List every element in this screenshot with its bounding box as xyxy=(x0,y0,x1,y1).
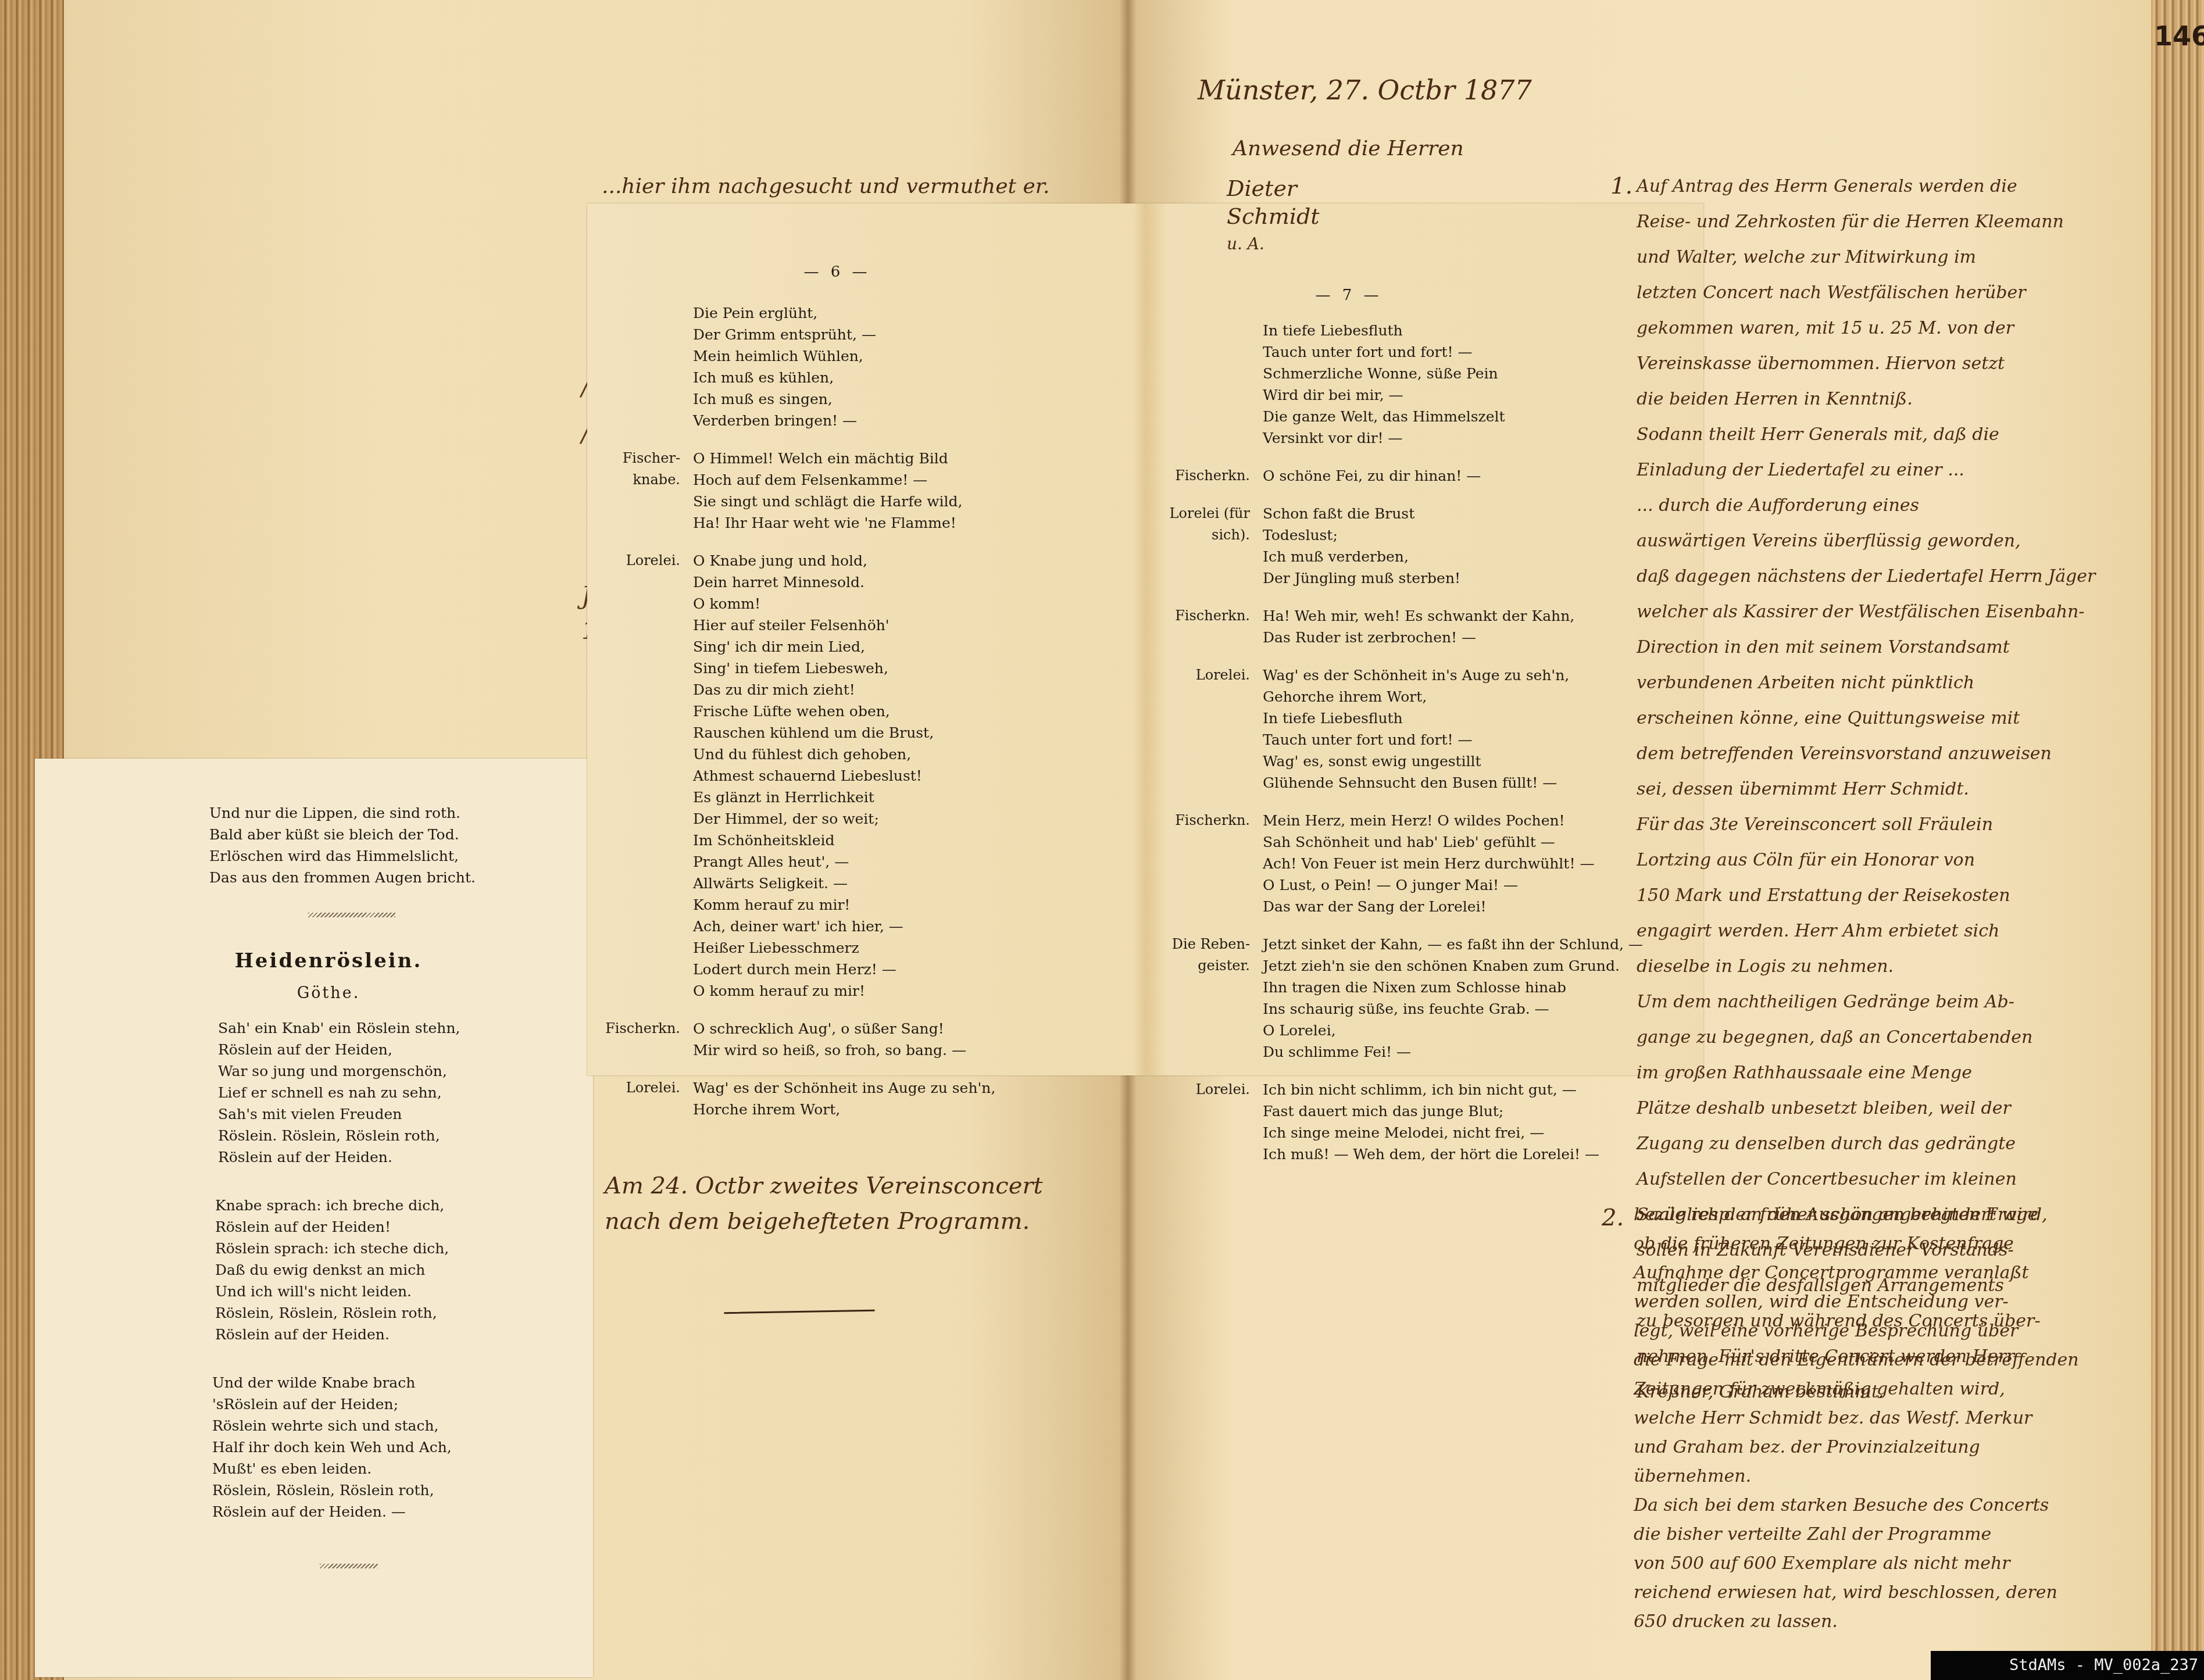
dialogue-block: Fischerkn. O schöne Fei, zu dir hinan! — xyxy=(1163,465,1643,487)
poem-line: Sah' ein Knab' ein Röslein stehn, xyxy=(218,1017,460,1039)
handwritten-line: die Frage mit den Eigenthümern der betre… xyxy=(1634,1346,2145,1375)
minutes-item-number-1: 1. xyxy=(1610,169,1633,204)
speaker-label xyxy=(605,302,693,431)
handwritten-line: 150 Mark und Erstattung der Reisekosten xyxy=(1637,878,2148,913)
dialogue-block: Lorelei (für sich). Schon faßt die Brust… xyxy=(1163,503,1643,589)
poem-line: Und ich will's nicht leiden. xyxy=(215,1281,449,1302)
verse-line: Ich muß es singen, xyxy=(693,388,876,410)
poem-line: Half ihr doch kein Weh und Ach, xyxy=(212,1436,452,1458)
verse-line: Ihn tragen die Nixen zum Schlosse hinab xyxy=(1263,977,1643,998)
verse-line: Das Ruder ist zerbrochen! — xyxy=(1263,627,1574,648)
poem-title: Heidenröslein. xyxy=(209,950,448,972)
poem-line: Röslein auf der Heiden. xyxy=(218,1146,460,1168)
verse-line: Sie singt und schlägt die Harfe wild, xyxy=(693,491,963,512)
verse-line: Fast dauert mich das junge Blut; xyxy=(1263,1100,1599,1122)
verse-line: In tiefe Liebesfluth xyxy=(1263,707,1569,729)
verse-line: Todeslust; xyxy=(1263,524,1460,546)
verse-line: O schrecklich Aug', o süßer Sang! xyxy=(693,1018,966,1039)
verse-line: Das zu dir mich zieht! xyxy=(693,679,934,700)
handwritten-line: engagirt werden. Herr Ahm erbietet sich xyxy=(1637,913,2148,949)
verse-line: Wag' es, sonst ewig ungestillt xyxy=(1263,750,1569,772)
verse-line: Sah Schönheit und hab' Lieb' gefühlt — xyxy=(1263,831,1594,853)
handwritten-line: verbundenen Arbeiten nicht pünktlich xyxy=(1637,665,2148,700)
poem-line: Das aus den frommen Augen bricht. xyxy=(209,867,476,888)
verse-line: Der Jüngling muß sterben! xyxy=(1263,567,1460,589)
poem-line: Bald aber küßt sie bleich der Tod. xyxy=(209,824,476,845)
poem-line: Röslein auf der Heiden. — xyxy=(212,1501,452,1522)
minutes-item-number-2: 2. xyxy=(1602,1200,1624,1236)
dialogue-block: Lorelei. Wag' es der Schönheit in's Auge… xyxy=(1163,664,1643,793)
attendee-name: u. A. xyxy=(1227,230,1320,258)
handwritten-line: auswärtigen Vereins überflüssig geworden… xyxy=(1637,523,2148,559)
verse-line: Ach, deiner wart' ich hier, — xyxy=(693,916,934,937)
verse-line: Ha! Weh mir, weh! Es schwankt der Kahn, xyxy=(1263,605,1574,627)
verse-line: Es glänzt in Herrlichkeit xyxy=(693,787,934,808)
poem-line: Röslein auf der Heiden! xyxy=(215,1216,449,1238)
handwritten-line: gekommen waren, mit 15 u. 25 M. von der xyxy=(1637,310,2148,346)
verse-line: Allwärts Seligkeit. — xyxy=(693,873,934,894)
poem-line: Mußt' es eben leiden. xyxy=(212,1458,452,1479)
wavy-divider xyxy=(308,913,395,917)
verse-line: Glühende Sehnsucht den Busen füllt! — xyxy=(1263,772,1569,793)
poem-line: 'sRöslein auf der Heiden; xyxy=(212,1393,452,1415)
speaker-label: Lorelei (für sich). xyxy=(1163,503,1263,589)
concert-program-clipping: — 6 — Die Pein erglüht, Der Grimm entspr… xyxy=(587,203,1703,1075)
handwritten-line: die bisher verteilte Zahl der Programme xyxy=(1634,1520,2145,1549)
speaker-label: Lorelei. xyxy=(1163,1079,1263,1165)
program-page-number-7: — 7 — xyxy=(1262,285,1436,306)
verse-line: Tauch unter fort und fort! — xyxy=(1263,341,1505,363)
attendees-list: Dieter Schmidt u. A. xyxy=(1227,174,1320,258)
attendance-label: Anwesend die Herren xyxy=(1233,131,1464,166)
verse-line: Hoch auf dem Felsenkamme! — xyxy=(693,469,963,491)
speaker-label: Fischerkn. xyxy=(1163,810,1263,917)
handwritten-line: Am 24. Octbr zweites Vereinsconcert xyxy=(605,1168,1043,1204)
verse-line: Mein Herz, mein Herz! O wildes Pochen! xyxy=(1263,810,1594,831)
verse-line: Wird dir bei mir, — xyxy=(1263,384,1505,406)
verse-line: Athmest schauernd Liebeslust! xyxy=(693,765,934,787)
verse-line: Der Grimm entsprüht, — xyxy=(693,324,876,345)
speaker-label xyxy=(1163,320,1263,449)
handwritten-line: gange zu begegnen, daß an Concertabenden xyxy=(1637,1020,2148,1055)
handwritten-line: werden sollen, wird die Entscheidung ver… xyxy=(1634,1288,2145,1317)
speaker-label: Lorelei. xyxy=(605,1077,693,1120)
handwritten-line: die beiden Herren in Kenntniß. xyxy=(1637,381,2148,417)
verse-line: Versinkt vor dir! — xyxy=(1263,427,1505,449)
handwritten-line: Vereinskasse übernommen. Hiervon setzt xyxy=(1637,346,2148,381)
verse-line: O Himmel! Welch ein mächtig Bild xyxy=(693,448,963,469)
poem-line: Röslein auf der Heiden, xyxy=(218,1039,460,1060)
verse-line: Mir wird so heiß, so froh, so bang. — xyxy=(693,1039,966,1061)
verse-line: Das war der Sang der Lorelei! xyxy=(1263,896,1594,917)
speaker-label: Fischer-knabe. xyxy=(605,448,693,534)
handwritten-line: bezüglich der früher schon angeregten Fr… xyxy=(1634,1200,2145,1229)
meeting-date-heading: Münster, 27. Octbr 1877 xyxy=(1198,73,1532,108)
verse-line: Gehorche ihrem Wort, xyxy=(1263,686,1569,707)
handwritten-line: Um dem nachtheiligen Gedränge beim Ab- xyxy=(1637,984,2148,1020)
verse-line: Frische Lüfte wehen oben, xyxy=(693,700,934,722)
program-page-7-text: In tiefe Liebesfluth Tauch unter fort un… xyxy=(1163,320,1643,1165)
poem-stanza-3: Und der wilde Knabe brach 'sRöslein auf … xyxy=(212,1372,452,1522)
handwritten-line: übernehmen. xyxy=(1634,1462,2145,1491)
attendee-name: Schmidt xyxy=(1227,202,1320,230)
handwritten-line: dem betreffenden Vereinsvorstand anzuwei… xyxy=(1637,736,2148,771)
handwritten-line: ob die früheren Zeitungen zur Kostenfrag… xyxy=(1634,1229,2145,1259)
verse-line: Ich bin nicht schlimm, ich bin nicht gut… xyxy=(1263,1079,1599,1100)
verse-line: Der Himmel, der so weit; xyxy=(693,808,934,830)
handwritten-line: daß dagegen nächstens der Liedertafel He… xyxy=(1637,559,2148,594)
verse-line: Rauschen kühlend um die Brust, xyxy=(693,722,934,744)
verse-line: Schmerzliche Wonne, süße Pein xyxy=(1263,363,1505,384)
poem-line: Röslein sprach: ich steche dich, xyxy=(215,1238,449,1259)
verse-line: Heißer Liebesschmerz xyxy=(693,937,934,959)
program-page-6-text: Die Pein erglüht, Der Grimm entsprüht, —… xyxy=(605,302,995,1120)
poem-line: Röslein, Röslein, Röslein roth, xyxy=(215,1302,449,1324)
handwritten-line: welcher als Kassirer der Westfälischen E… xyxy=(1637,594,2148,630)
dialogue-block: In tiefe Liebesfluth Tauch unter fort un… xyxy=(1163,320,1643,449)
verse-line: O komm herauf zu mir! xyxy=(693,980,934,1002)
handwritten-line: letzten Concert nach Westfälischen herüb… xyxy=(1637,275,2148,310)
dialogue-block: Lorelei. Ich bin nicht schlimm, ich bin … xyxy=(1163,1079,1643,1165)
verse-line: Ich singe meine Melodei, nicht frei, — xyxy=(1263,1122,1599,1143)
poem-line: Röslein, Röslein, Röslein roth, xyxy=(212,1479,452,1501)
handwritten-line: reichend erwiesen hat, wird beschlossen,… xyxy=(1634,1578,2145,1607)
verse-line: Du schlimme Fei! — xyxy=(1263,1041,1643,1063)
verse-line: Im Schönheitskleid xyxy=(693,830,934,851)
verse-line: O komm! xyxy=(693,593,934,614)
poem-line: Knabe sprach: ich breche dich, xyxy=(215,1195,449,1216)
verse-line: Ach! Von Feuer ist mein Herz durchwühlt!… xyxy=(1263,853,1594,874)
verse-line: O Knabe jung und hold, xyxy=(693,550,934,571)
book-fore-edge-right xyxy=(2151,0,2204,1680)
verse-line: Ich muß es kühlen, xyxy=(693,367,876,388)
handwritten-line: Zugang zu denselben durch das gedrängte xyxy=(1637,1126,2148,1161)
poem-line: Lief er schnell es nah zu sehn, xyxy=(218,1082,460,1103)
handwritten-line: Aufnahme der Concertprogramme veranlaßt xyxy=(1634,1259,2145,1288)
handwritten-line: erscheinen könne, eine Quittungsweise mi… xyxy=(1637,700,2148,736)
verse-line: Ins schaurig süße, ins feuchte Grab. — xyxy=(1263,998,1643,1020)
handwritten-line: Reise- und Zehrkosten für die Herren Kle… xyxy=(1637,204,2148,240)
verse-line: Verderben bringen! — xyxy=(693,410,876,431)
verse-line: Ich muß! — Weh dem, der hört die Lorelei… xyxy=(1263,1143,1599,1165)
poem-line: Röslein auf der Heiden. xyxy=(215,1324,449,1345)
speaker-label: Lorelei. xyxy=(605,550,693,1002)
verse-line: O Lorelei, xyxy=(1263,1020,1643,1041)
handwritten-line: Sodann theilt Herr Generals mit, daß die xyxy=(1637,417,2148,452)
previous-poem-ending: Und nur die Lippen, die sind roth. Bald … xyxy=(209,802,476,888)
poem-line: War so jung und morgenschön, xyxy=(218,1060,460,1082)
poem-line: Daß du ewig denkst an mich xyxy=(215,1259,449,1281)
attendee-name: Dieter xyxy=(1227,174,1320,202)
verse-line: Wag' es der Schönheit ins Auge zu seh'n, xyxy=(693,1077,995,1099)
speaker-label: Fischerkn. xyxy=(1163,605,1263,648)
handwritten-line: im großen Rathhaussaale eine Menge xyxy=(1637,1055,2148,1091)
speaker-label: Fischerkn. xyxy=(605,1018,693,1061)
verse-line: Hier auf steiler Felsenhöh' xyxy=(693,614,934,636)
speaker-label: Fischerkn. xyxy=(1163,465,1263,487)
handwritten-line: welche Herr Schmidt bez. das Westf. Merk… xyxy=(1634,1404,2145,1433)
handwritten-line: Lortzing aus Cöln für ein Honorar von xyxy=(1637,842,2148,878)
poem-line: Röslein. Röslein, Röslein roth, xyxy=(218,1125,460,1146)
dialogue-block: Die Pein erglüht, Der Grimm entsprüht, —… xyxy=(605,302,995,431)
verse-line: Schon faßt die Brust xyxy=(1263,503,1460,524)
dialogue-block: Lorelei. O Knabe jung und hold, Dein har… xyxy=(605,550,995,1002)
dialogue-block: Die Reben-geister. Jetzt sinket der Kahn… xyxy=(1163,934,1643,1063)
verse-line: Tauch unter fort und fort! — xyxy=(1263,729,1569,750)
poem-line: Sah's mit vielen Freuden xyxy=(218,1103,460,1125)
verse-line: Jetzt zieh'n sie den schönen Knaben zum … xyxy=(1263,955,1643,977)
poem-stanza-1: Sah' ein Knab' ein Röslein stehn, Röslei… xyxy=(218,1017,460,1168)
verse-line: Sing' ich dir mein Lied, xyxy=(693,636,934,657)
handwritten-line: Einladung der Liedertafel zu einer ... xyxy=(1637,452,2148,488)
poem-author: Göthe. xyxy=(209,982,448,1004)
handwritten-line: und Graham bez. der Provinzialzeitung xyxy=(1634,1433,2145,1462)
verse-line: Wag' es der Schönheit in's Auge zu seh'n… xyxy=(1263,664,1569,686)
minutes-item-2: bezüglich der früher schon angeregten Fr… xyxy=(1634,1200,2145,1636)
verse-line: In tiefe Liebesfluth xyxy=(1263,320,1505,341)
verse-line: Komm herauf zu mir! xyxy=(693,894,934,916)
handwritten-line: nach dem beigehefteten Programm. xyxy=(605,1204,1043,1239)
verse-line: O Lust, o Pein! — O junger Mai! — xyxy=(1263,874,1594,896)
dialogue-block: Fischerkn. O schrecklich Aug', o süßer S… xyxy=(605,1018,995,1061)
verse-line: O schöne Fei, zu dir hinan! — xyxy=(1263,465,1481,487)
verse-line: Mein heimlich Wühlen, xyxy=(693,345,876,367)
handwritten-line: Für das 3te Vereinsconcert soll Fräulein xyxy=(1637,807,2148,842)
handwritten-line: ... durch die Aufforderung eines xyxy=(1637,488,2148,523)
dialogue-block: Lorelei. Wag' es der Schönheit ins Auge … xyxy=(605,1077,995,1120)
verse-line: Lodert durch mein Herz! — xyxy=(693,959,934,980)
handwritten-line: sei, dessen übernimmt Herr Schmidt. xyxy=(1637,771,2148,807)
poem-line: Und der wilde Knabe brach xyxy=(212,1372,452,1393)
handwritten-line: 650 drucken zu lassen. xyxy=(1634,1607,2145,1636)
speaker-label: Lorelei. xyxy=(1163,664,1263,793)
verse-line: Sing' in tiefem Liebesweh, xyxy=(693,657,934,679)
verse-line: Ha! Ihr Haar weht wie 'ne Flamme! xyxy=(693,512,963,534)
poem-line: Röslein wehrte sich und stach, xyxy=(212,1415,452,1436)
dialogue-block: Fischer-knabe. O Himmel! Welch ein mächt… xyxy=(605,448,995,534)
handwritten-line: legt, weil eine vorherige Besprechung üb… xyxy=(1634,1317,2145,1346)
handwritten-line: Aufstellen der Concertbesucher im kleine… xyxy=(1637,1161,2148,1197)
handwritten-line: Plätze deshalb unbesetzt bleiben, weil d… xyxy=(1637,1091,2148,1126)
verse-line: Die ganze Welt, das Himmelszelt xyxy=(1263,406,1505,427)
verse-line: Und du fühlest dich gehoben, xyxy=(693,744,934,765)
poem-stanza-2: Knabe sprach: ich breche dich, Röslein a… xyxy=(215,1195,449,1345)
folio-number: 146 xyxy=(2154,20,2204,52)
wavy-divider xyxy=(320,1564,378,1568)
handwritten-concert-note: Am 24. Octbr zweites Vereinsconcert nach… xyxy=(605,1168,1043,1239)
dialogue-block: Fischerkn. Ha! Weh mir, weh! Es schwankt… xyxy=(1163,605,1643,648)
handwritten-line: dieselbe in Logis zu nehmen. xyxy=(1637,949,2148,984)
newspaper-clipping-heidenroeslein: Und nur die Lippen, die sind roth. Bald … xyxy=(35,759,593,1677)
verse-line: Jetzt sinket der Kahn, — es faßt ihn der… xyxy=(1263,934,1643,955)
handwritten-line: Direction in den mit seinem Vorstandsamt xyxy=(1637,630,2148,665)
handwritten-line: Da sich bei dem starken Besuche des Conc… xyxy=(1634,1491,2145,1520)
verse-line: Die Pein erglüht, xyxy=(693,302,876,324)
speaker-label: Die Reben-geister. xyxy=(1163,934,1263,1063)
handwritten-top-note: ...hier ihm nachgesucht und vermuthet er… xyxy=(602,169,1049,204)
dialogue-block: Fischerkn. Mein Herz, mein Herz! O wilde… xyxy=(1163,810,1643,917)
verse-line: Prangt Alles heut', — xyxy=(693,851,934,873)
archive-reference-label: StdAMs - MV_002a_237 xyxy=(1931,1651,2204,1680)
handwritten-line: von 500 auf 600 Exemplare als nicht mehr xyxy=(1634,1549,2145,1578)
handwritten-line: und Walter, welche zur Mitwirkung im xyxy=(1637,240,2148,275)
verse-line: Horche ihrem Wort, xyxy=(693,1099,995,1120)
handwritten-line: Auf Antrag des Herrn Generals werden die xyxy=(1637,169,2148,204)
program-page-number-6: — 6 — xyxy=(750,262,924,283)
poem-line: Erlöschen wird das Himmelslicht, xyxy=(209,845,476,867)
verse-line: Ich muß verderben, xyxy=(1263,546,1460,567)
handwritten-line: Zeitungen für zweckmäßig gehalten wird, xyxy=(1634,1375,2145,1404)
poem-line: Und nur die Lippen, die sind roth. xyxy=(209,802,476,824)
verse-line: Dein harret Minnesold. xyxy=(693,571,934,593)
